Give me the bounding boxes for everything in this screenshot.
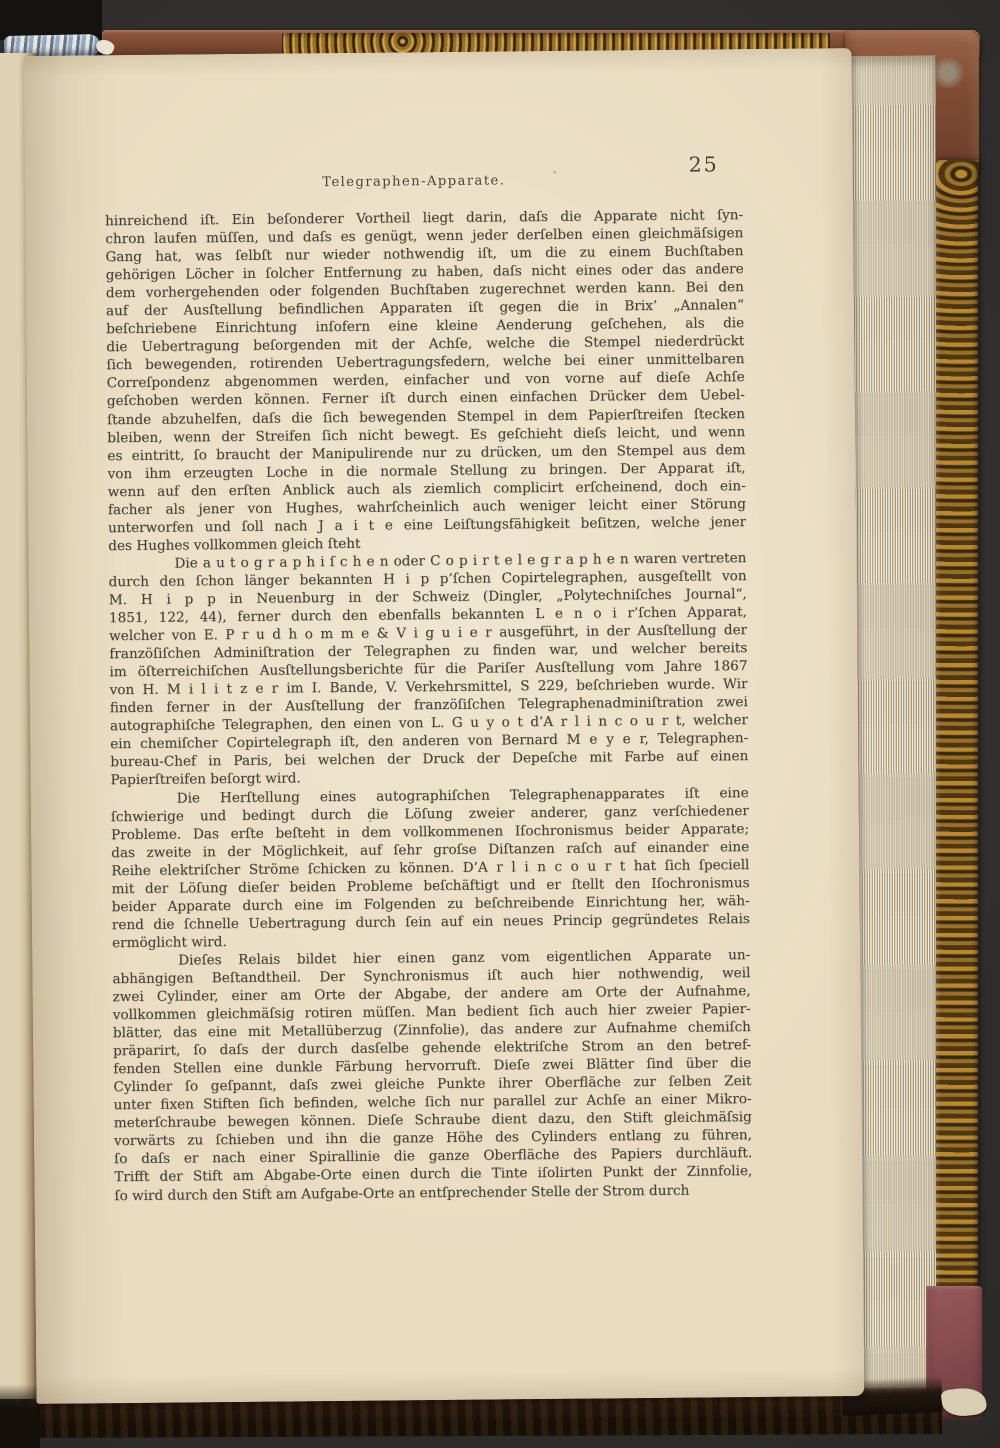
paragraph: hinreichend iſt. Ein beſonderer Vortheil… <box>105 206 746 555</box>
paragraph: Die a u t o g r a p h i ſ c h e n oder C… <box>108 549 748 790</box>
page-number: 25 <box>689 152 719 176</box>
paragraph: Die Herſtellung eines autographiſchen Te… <box>111 784 751 953</box>
book-page: Telegraphen-Apparate. 25 hinreichend iſt… <box>24 48 865 1404</box>
cover-marbled-paper <box>936 160 978 1296</box>
running-header: Telegraphen-Apparate. <box>95 171 733 192</box>
gutter-bottom-shadow <box>0 1384 40 1448</box>
photo-background: { "book": { "running_header": "Telegraph… <box>0 0 1000 1448</box>
leather-worn-patch <box>931 58 965 88</box>
text-block: hinreichend iſt. Ein beſonderer Vortheil… <box>105 206 752 1205</box>
paragraph: Dieſes Relais bildet hier einen ganz vom… <box>112 946 752 1205</box>
